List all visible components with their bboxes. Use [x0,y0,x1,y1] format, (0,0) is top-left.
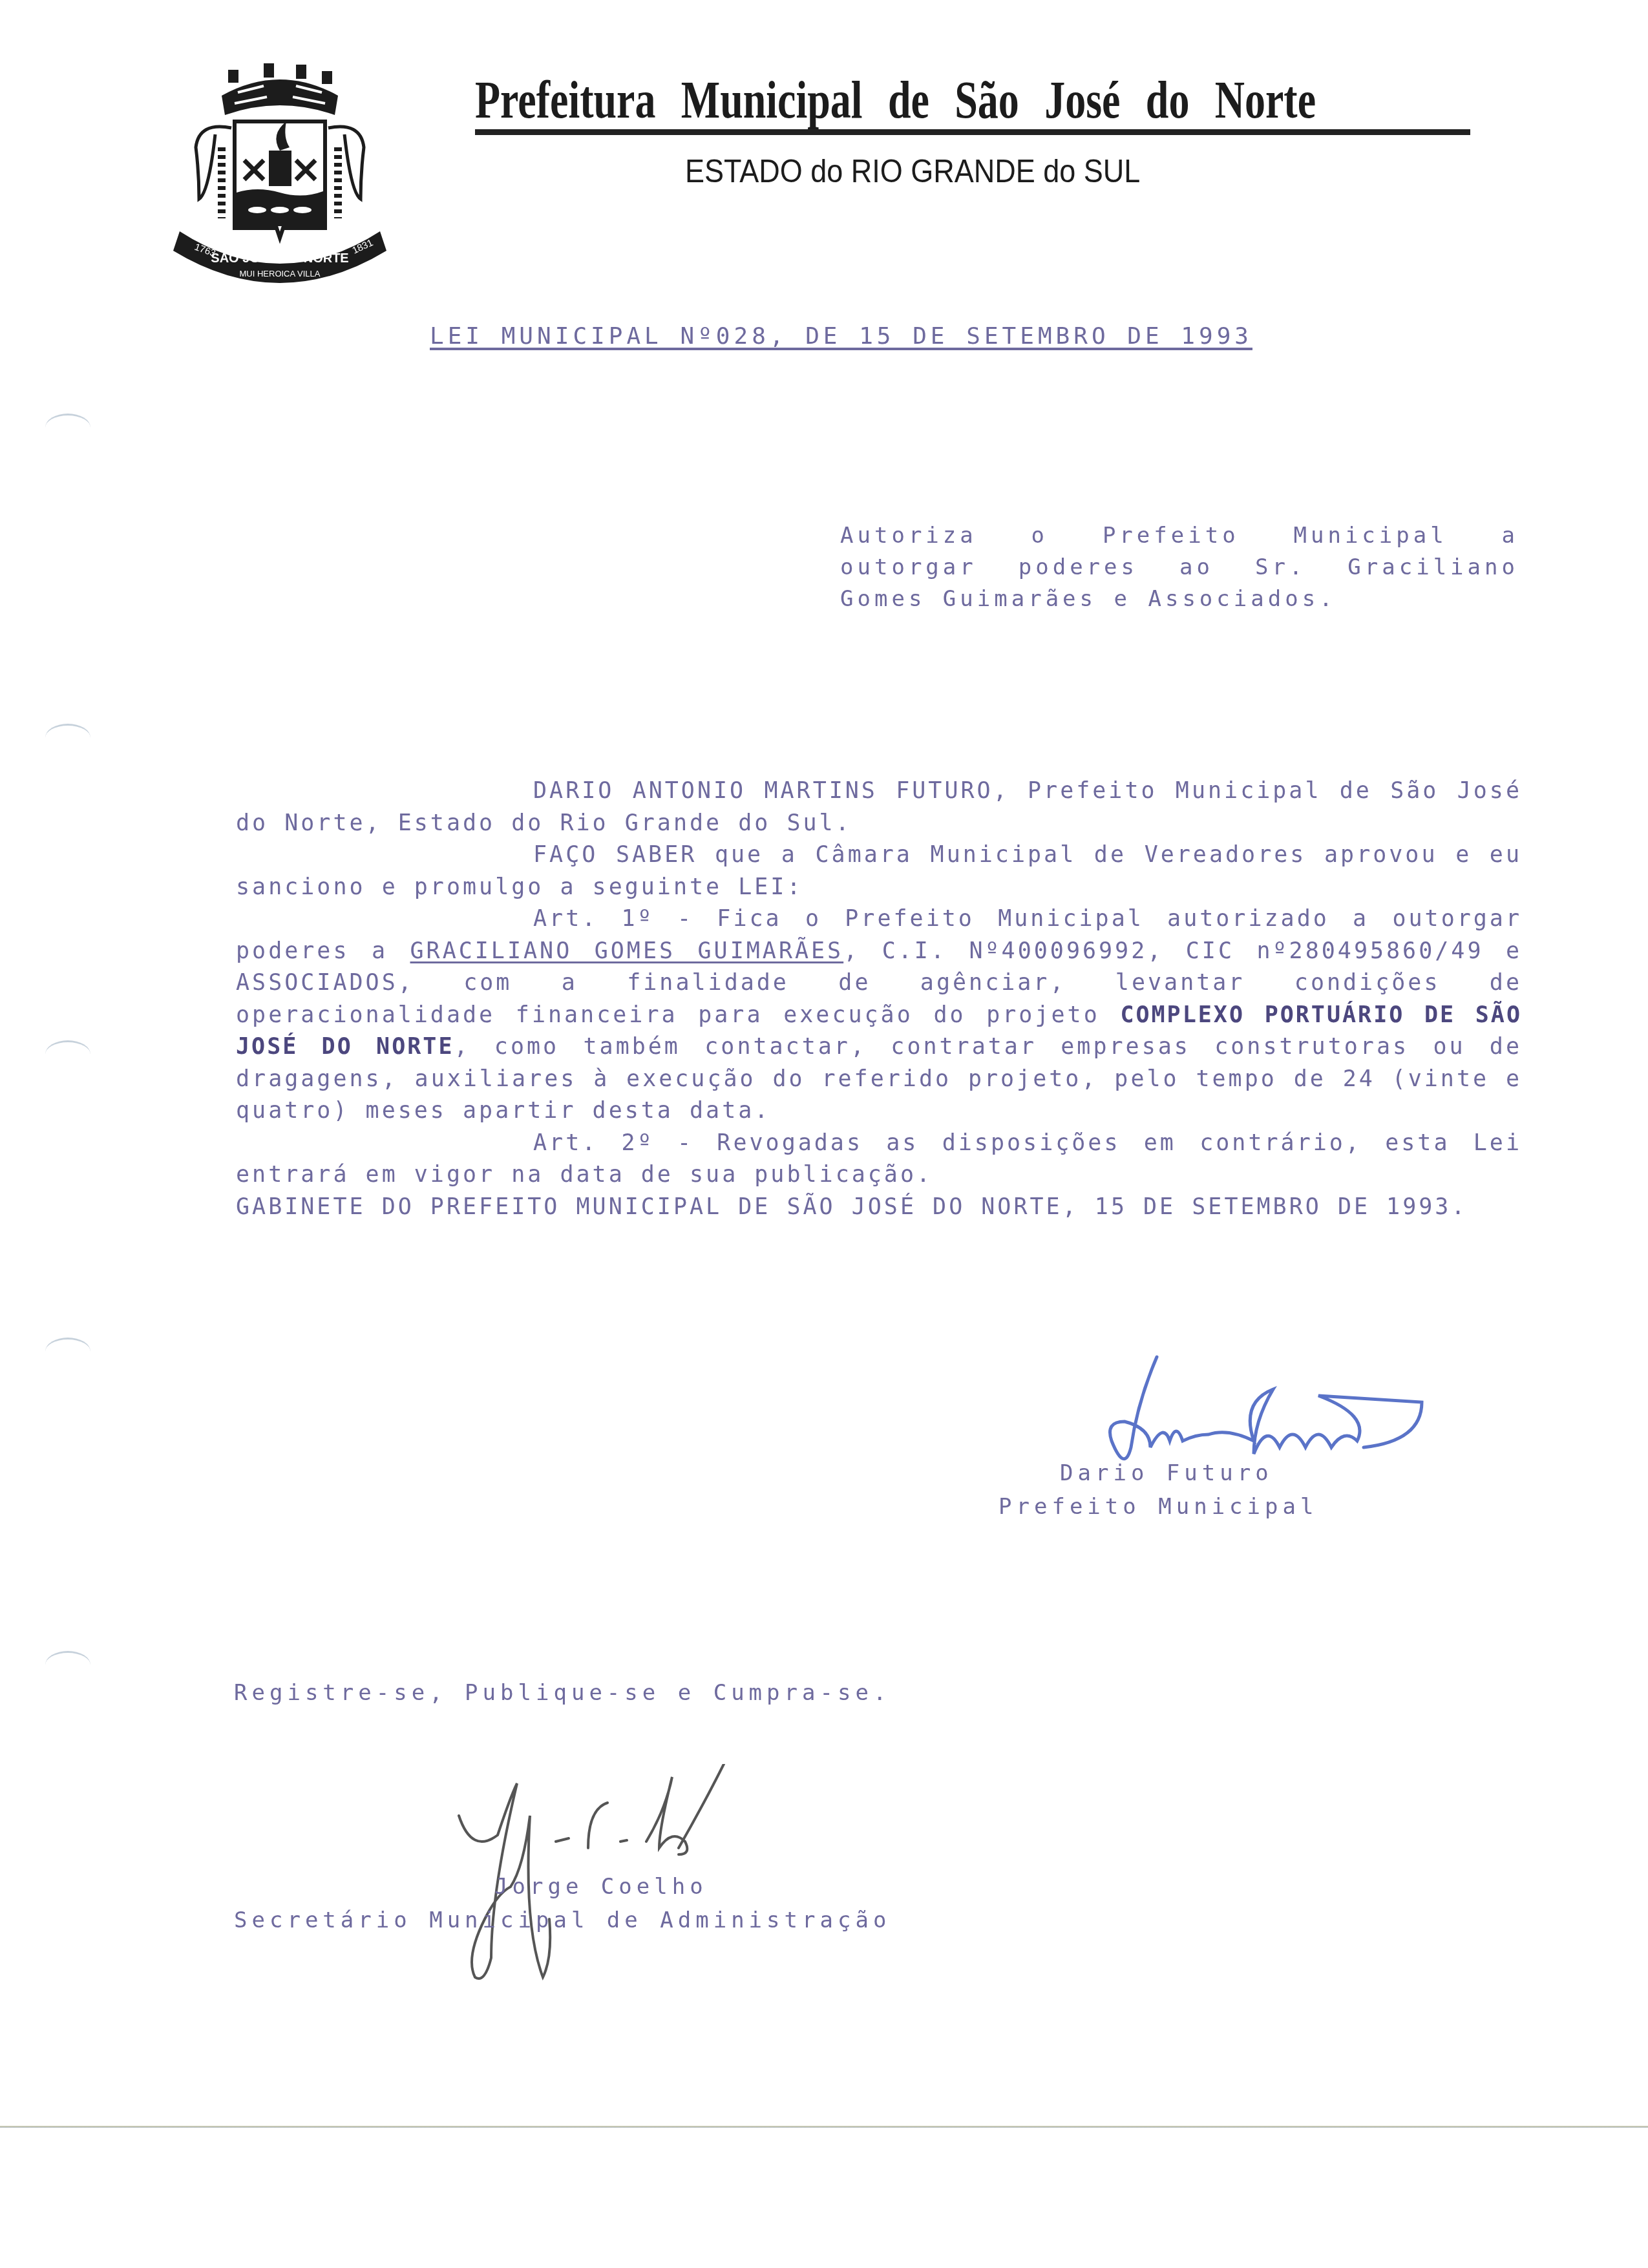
intro-paragraph: DARIO ANTONIO MARTINS FUTURO, Prefeito M… [236,775,1522,839]
gabinete-line: GABINETE DO PREFEITO MUNICIPAL DE SÃO JO… [236,1192,1522,1224]
letterhead-title: Prefeitura Municipal de São José do Nort… [475,70,1251,131]
register-line: Registre-se, Publique-se e Cumpra-se. [234,1680,891,1706]
page-edge [0,2126,1648,2128]
mayor-name: Dario Futuro [1060,1460,1273,1486]
svg-text:MUI HEROICA VILLA: MUI HEROICA VILLA [240,269,321,278]
svg-text:SÃO JOSÉ DO NORTE: SÃO JOSÉ DO NORTE [211,251,348,266]
municipal-crest-icon: SÃO JOSÉ DO NORTE MUI HEROICA VILLA 1763… [160,57,399,296]
law-body: DARIO ANTONIO MARTINS FUTURO, Prefeito M… [236,775,1522,1223]
mayor-role: Prefeito Municipal [998,1494,1318,1520]
binder-hole [45,1040,90,1068]
binder-hole [45,1338,90,1365]
ementa: Autoriza o Prefeito Municipal a outorgar… [840,520,1519,615]
binder-hole [45,1651,90,1679]
article-2: Art. 2º - Revogadas as disposições em co… [236,1128,1522,1192]
secretary-name: Jorge Coelho [494,1874,708,1900]
binder-hole [45,724,90,751]
law-title: LEI MUNICIPAL Nº028, DE 15 DE SETEMBRO D… [430,323,1252,350]
letterhead-rule [475,129,1470,135]
grantee-name: GRACILIANO GOMES GUIMARÃES [410,938,844,964]
faco-saber-paragraph: FAÇO SABER que a Câmara Municipal de Ver… [236,839,1522,903]
secretary-role: Secretário Municipal de Administração [234,1907,891,1933]
article-1: Art. 1º - Fica o Prefeito Municipal auto… [236,903,1522,1128]
letterhead-state: ESTADO do RIO GRANDE do SUL [685,152,1140,190]
binder-hole [45,414,90,441]
